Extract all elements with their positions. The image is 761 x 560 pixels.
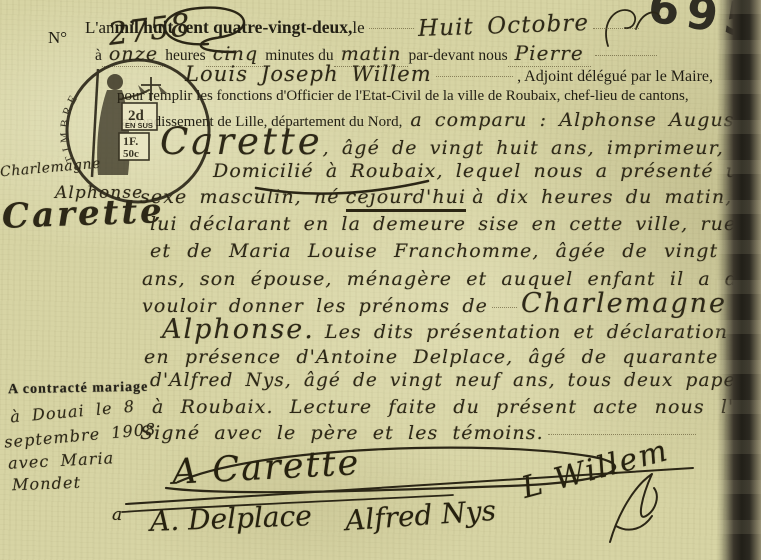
printed-text: L'an bbox=[85, 18, 115, 38]
document-scan: N° 2758 695 L'an mil huit cent quatre-vi… bbox=[0, 0, 761, 560]
marriage-note-line-4: Mondet bbox=[12, 473, 82, 494]
printed-text: , Adjoint délégué par le Maire, bbox=[517, 68, 713, 86]
signature-witness-delplace: A. Delplace bbox=[149, 499, 312, 538]
officer-paraph-icon bbox=[590, 470, 670, 550]
marriage-stamp: A contracté mariage bbox=[8, 380, 149, 398]
dotted-rule bbox=[369, 28, 415, 29]
handwritten-officer-name: Louis Joseph Willem bbox=[185, 62, 432, 86]
act-line-16: à Roubaix. Lecture faite du présent acte… bbox=[152, 396, 705, 418]
handwritten-father-surname: Carette bbox=[160, 120, 323, 163]
act-line-10: et de Maria Louise Franchomme, âgée de v… bbox=[150, 240, 705, 262]
svg-text:TIMBRE: TIMBRE bbox=[57, 89, 82, 165]
handwritten-text: sexe masculin, né bbox=[140, 186, 340, 208]
handwritten-underlined-date: cejourd'hui bbox=[346, 186, 467, 212]
act-line-3: Louis Joseph Willem , Adjoint délégué pa… bbox=[185, 62, 713, 86]
handwritten-text: et de Maria Louise Franchomme, âgée de v… bbox=[150, 240, 761, 262]
scan-binding-edge bbox=[717, 0, 761, 560]
handwritten-text: ans, son épouse, ménagère et auquel enfa… bbox=[142, 268, 761, 290]
handwritten-text: lui déclarant en la demeure sise en cett… bbox=[150, 213, 761, 235]
act-line-14: en présence d'Antoine Delplace, âgé de q… bbox=[144, 346, 712, 368]
act-line-15: d'Alfred Nys, âgé de vingt neuf ans, tou… bbox=[150, 370, 715, 391]
act-line-6: Carette , âgé de vingt huit ans, imprime… bbox=[160, 120, 720, 163]
dotted-rule bbox=[595, 55, 657, 56]
handwritten-text: , âgé de vingt huit ans, imprimeur, né à… bbox=[323, 137, 761, 159]
stamp-value-franc: 1F. bbox=[123, 134, 138, 148]
handwritten-child-middlename: Alphonse. bbox=[162, 314, 315, 345]
marriage-note-line-3: avec Maria bbox=[8, 448, 115, 473]
printed-text-bold: mil huit cent quatre-vingt-deux, bbox=[115, 17, 353, 38]
act-number-label: N° bbox=[48, 28, 67, 48]
stamp-surcharge-label: EN SUS bbox=[125, 121, 153, 130]
dotted-rule bbox=[593, 28, 639, 29]
dotted-rule bbox=[436, 76, 513, 77]
printed-text: le bbox=[352, 18, 364, 38]
handwritten-text: en présence d'Antoine Delplace, âgé de q… bbox=[144, 346, 761, 368]
stamp-ring-label: TIMBRE bbox=[57, 89, 82, 165]
act-line-11: ans, son épouse, ménagère et auquel enfa… bbox=[142, 268, 707, 290]
handwritten-text: à Roubaix. Lecture faite du présent acte… bbox=[152, 396, 761, 418]
handwritten-text: d'Alfred Nys, âgé de vingt neuf ans, tou… bbox=[150, 370, 761, 391]
act-line-8: sexe masculin, né cejourd'hui à dix heur… bbox=[140, 186, 718, 212]
act-line-1: L'an mil huit cent quatre-vingt-deux, le… bbox=[85, 13, 643, 39]
handwritten-text: Les dits présentation et déclaration ont… bbox=[325, 321, 761, 343]
act-line-9: lui déclarant en la demeure sise en cett… bbox=[150, 213, 715, 235]
act-line-13: Alphonse. Les dits présentation et décla… bbox=[162, 314, 722, 345]
handwritten-date: Huit Octobre bbox=[418, 10, 590, 42]
dotted-rule bbox=[492, 307, 517, 308]
stamp-value-cent: 50c bbox=[123, 148, 139, 160]
signature-small-initial: a bbox=[112, 505, 122, 525]
